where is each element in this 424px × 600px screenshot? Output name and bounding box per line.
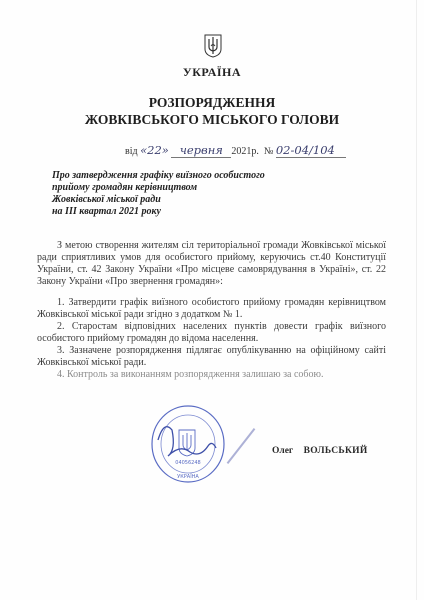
subject-line: прийому громадян керівництвом [52,182,265,194]
date-month: червня [171,143,231,158]
subject-line: Про затвердження графіку виїзного особис… [52,170,265,182]
date-prefix: від [125,146,138,157]
page-edge [416,0,417,600]
preamble-paragraph: З метою створення жителям сіл територіал… [37,240,386,288]
official-stamp-icon: 04056248 УКРАЇНА [150,400,230,486]
signature-stroke [227,428,256,464]
document-page: УКРАЇНА РОЗПОРЯДЖЕННЯ ЖОВКІВСЬКОГО МІСЬК… [0,0,424,600]
order-item: 4. Контроль за виконанням розпорядження … [37,369,386,381]
tryzub-emblem-icon [204,34,222,58]
subject-line: Жовківської міської ради [52,194,265,206]
date-day: «22» [140,143,169,157]
document-type-title: РОЗПОРЯДЖЕННЯ [0,95,424,111]
subject-block: Про затвердження графіку виїзного особис… [52,170,265,218]
number-label: № [264,146,274,157]
subject-line: на ІІІ квартал 2021 року [52,206,265,218]
date-number-line: від «22» червня2021р. № 02-04/104 [125,143,346,158]
svg-text:УКРАЇНА: УКРАЇНА [177,473,199,480]
signer-name: Олег ВОЛЬСЬКИЙ [272,446,368,456]
order-item: 1. Затвердити графік виїзного особистого… [37,297,386,321]
document-number: 02-04/104 [276,143,346,158]
order-item: 2. Старостам відповідних населених пункт… [37,321,386,345]
date-year: 2021р. [231,146,259,157]
signer-first-name: Олег [272,446,293,456]
svg-text:04056248: 04056248 [175,460,200,466]
order-item: 3. Зазначене розпорядження підлягає опуб… [37,345,386,369]
issuer-title: ЖОВКІВСЬКОГО МІСЬКОГО ГОЛОВИ [0,112,424,128]
country-heading: УКРАЇНА [0,65,424,80]
signer-last-name: ВОЛЬСЬКИЙ [304,446,368,456]
order-items: 1. Затвердити графік виїзного особистого… [37,297,386,381]
